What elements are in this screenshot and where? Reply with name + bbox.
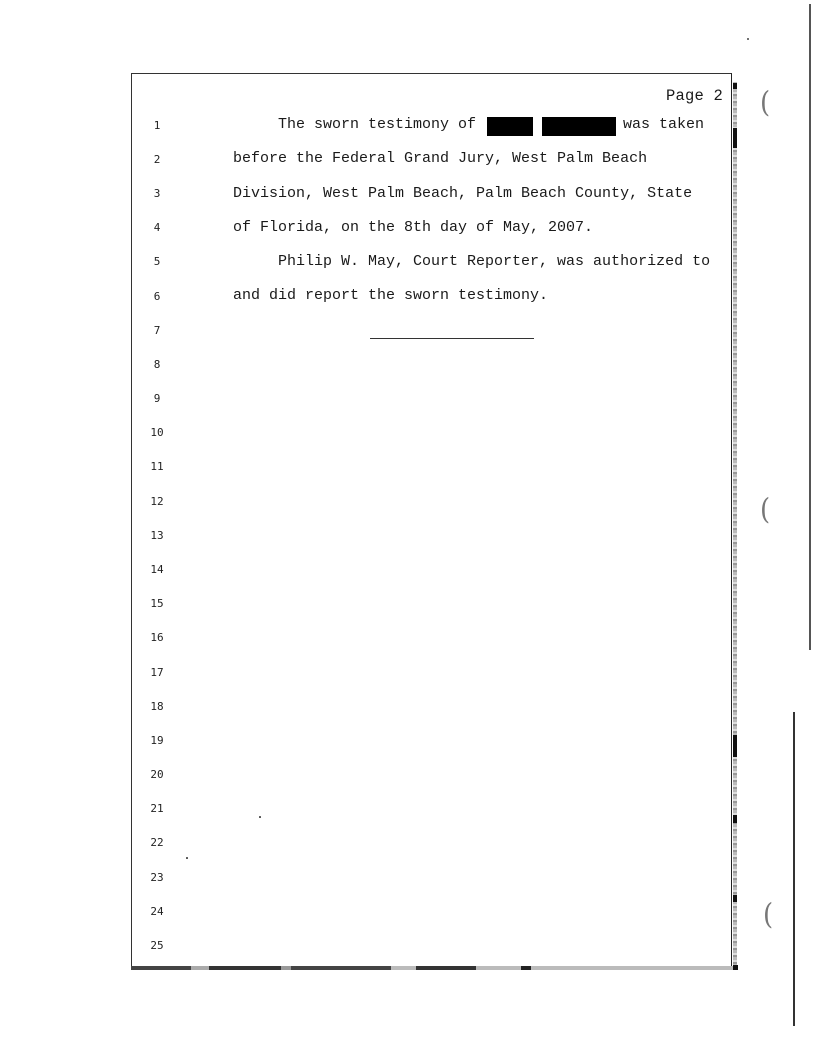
- page-edge-mark: [733, 815, 737, 823]
- page-edge-mark: [733, 83, 737, 89]
- line-number: 7: [145, 324, 169, 337]
- page-edge-mark: [733, 735, 737, 757]
- redaction-block: [542, 117, 616, 136]
- transcript-line-1: The sworn testimony of: [233, 116, 476, 134]
- page-bottom-border: [131, 966, 737, 970]
- page-number: Page 2: [666, 87, 723, 105]
- hole-punch-mark: (: [763, 899, 773, 932]
- page-edge-mark: [733, 895, 737, 902]
- hole-punch-mark: (: [760, 494, 770, 527]
- hole-punch-mark: (: [760, 87, 770, 120]
- line-number: 19: [145, 734, 169, 747]
- line-number: 12: [145, 495, 169, 508]
- line-number: 25: [145, 939, 169, 952]
- transcript-line-1-suffix: was taken: [623, 116, 704, 134]
- line-number: 24: [145, 905, 169, 918]
- line-number: 17: [145, 666, 169, 679]
- line-number: 14: [145, 563, 169, 576]
- transcript-line-3: Division, West Palm Beach, Palm Beach Co…: [233, 185, 692, 203]
- line-number: 11: [145, 460, 169, 473]
- line-number: 13: [145, 529, 169, 542]
- scan-edge-line: [809, 4, 811, 650]
- transcript-line-6: and did report the sworn testimony.: [233, 287, 548, 305]
- line-number: 16: [145, 631, 169, 644]
- line-number: 10: [145, 426, 169, 439]
- line-number: 20: [145, 768, 169, 781]
- line-number: 21: [145, 802, 169, 815]
- line-number: 22: [145, 836, 169, 849]
- line-number: 18: [145, 700, 169, 713]
- page-edge-mark: [733, 128, 737, 148]
- separator-rule: [370, 338, 534, 339]
- line-number: 5: [145, 255, 169, 268]
- redaction-block: [487, 117, 533, 136]
- page-edge-shadow: [733, 82, 737, 970]
- line-number: 6: [145, 290, 169, 303]
- line-number: 9: [145, 392, 169, 405]
- transcript-line-4: of Florida, on the 8th day of May, 2007.: [233, 219, 593, 237]
- line-number: 1: [145, 119, 169, 132]
- line-number: 4: [145, 221, 169, 234]
- line-number: 3: [145, 187, 169, 200]
- line-number: 15: [145, 597, 169, 610]
- scan-speck: [747, 38, 749, 40]
- line-number: 8: [145, 358, 169, 371]
- line-number: 23: [145, 871, 169, 884]
- scan-speck: [259, 816, 261, 818]
- page-corner-mark: [733, 965, 738, 970]
- transcript-line-5: Philip W. May, Court Reporter, was autho…: [233, 253, 710, 271]
- transcript-page-border: [131, 73, 732, 967]
- transcript-line-2: before the Federal Grand Jury, West Palm…: [233, 150, 647, 168]
- scan-speck: [186, 857, 188, 859]
- line-number: 2: [145, 153, 169, 166]
- scan-edge-line: [793, 712, 795, 1026]
